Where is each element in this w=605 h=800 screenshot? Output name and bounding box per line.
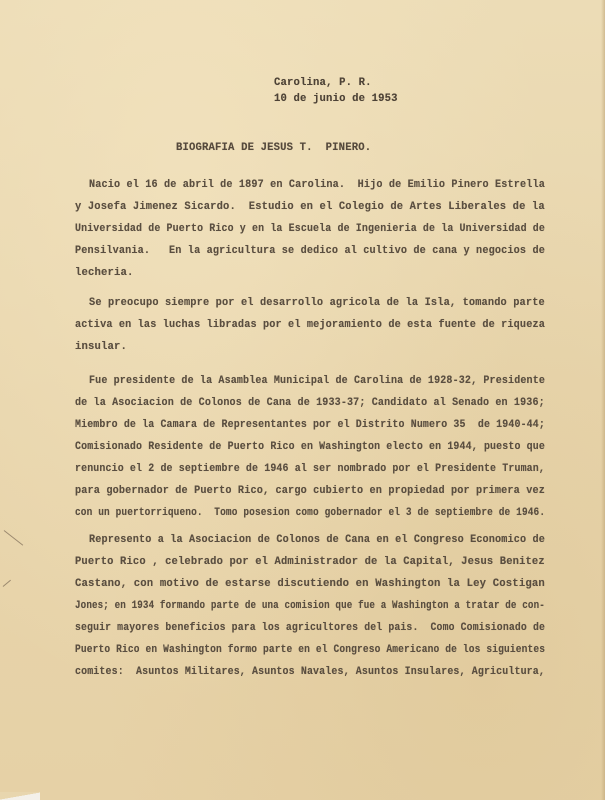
body-line: Puerto Rico , celebrado por el Administr…: [75, 556, 545, 568]
body-line: seguir mayores beneficios para los agric…: [75, 622, 545, 634]
body-line: lecheria.: [75, 267, 134, 279]
page-edge: [601, 0, 605, 800]
body-line: de la Asociacion de Colonos de Cana de 1…: [75, 397, 545, 409]
place-line: Carolina, P. R.: [274, 77, 372, 89]
body-line: comites: Asuntos Militares, Asuntos Nava…: [75, 666, 545, 678]
document-title: BIOGRAFIA DE JESUS T. PINERO.: [176, 142, 371, 154]
date-line: 10 de junio de 1953: [274, 93, 398, 105]
body-line: Puerto Rico en Washington formo parte en…: [75, 644, 545, 656]
body-line: con un puertorriqueno. Tomo posesion com…: [75, 507, 545, 519]
body-line: renuncio el 2 de septiembre de 1946 al s…: [75, 463, 545, 475]
body-line: Castano, con motivo de estarse discutien…: [75, 578, 545, 590]
body-line: Miembro de la Camara de Representantes p…: [75, 419, 545, 431]
body-line: Universidad de Puerto Rico y en la Escue…: [75, 223, 545, 235]
body-line: Comisionado Residente de Puerto Rico en …: [75, 441, 545, 453]
page-corner: [0, 792, 40, 800]
body-line: Nacio el 16 de abril de 1897 en Carolina…: [89, 179, 545, 191]
body-line: Jones; en 1934 formando parte de una com…: [75, 600, 545, 612]
body-line: para gobernador de Puerto Rico, cargo cu…: [75, 485, 545, 497]
body-line: Pensilvania. En la agricultura se dedico…: [75, 245, 545, 257]
body-line: Se preocupo siempre por el desarrollo ag…: [89, 297, 545, 309]
body-line: Fue presidente de la Asamblea Municipal …: [89, 375, 545, 387]
body-line: Represento a la Asociacion de Colonos de…: [89, 534, 545, 546]
body-line: insular.: [75, 341, 127, 353]
body-line: y Josefa Jimenez Sicardo. Estudio en el …: [75, 201, 545, 213]
body-line: activa en las luchas libradas por el mej…: [75, 319, 545, 331]
